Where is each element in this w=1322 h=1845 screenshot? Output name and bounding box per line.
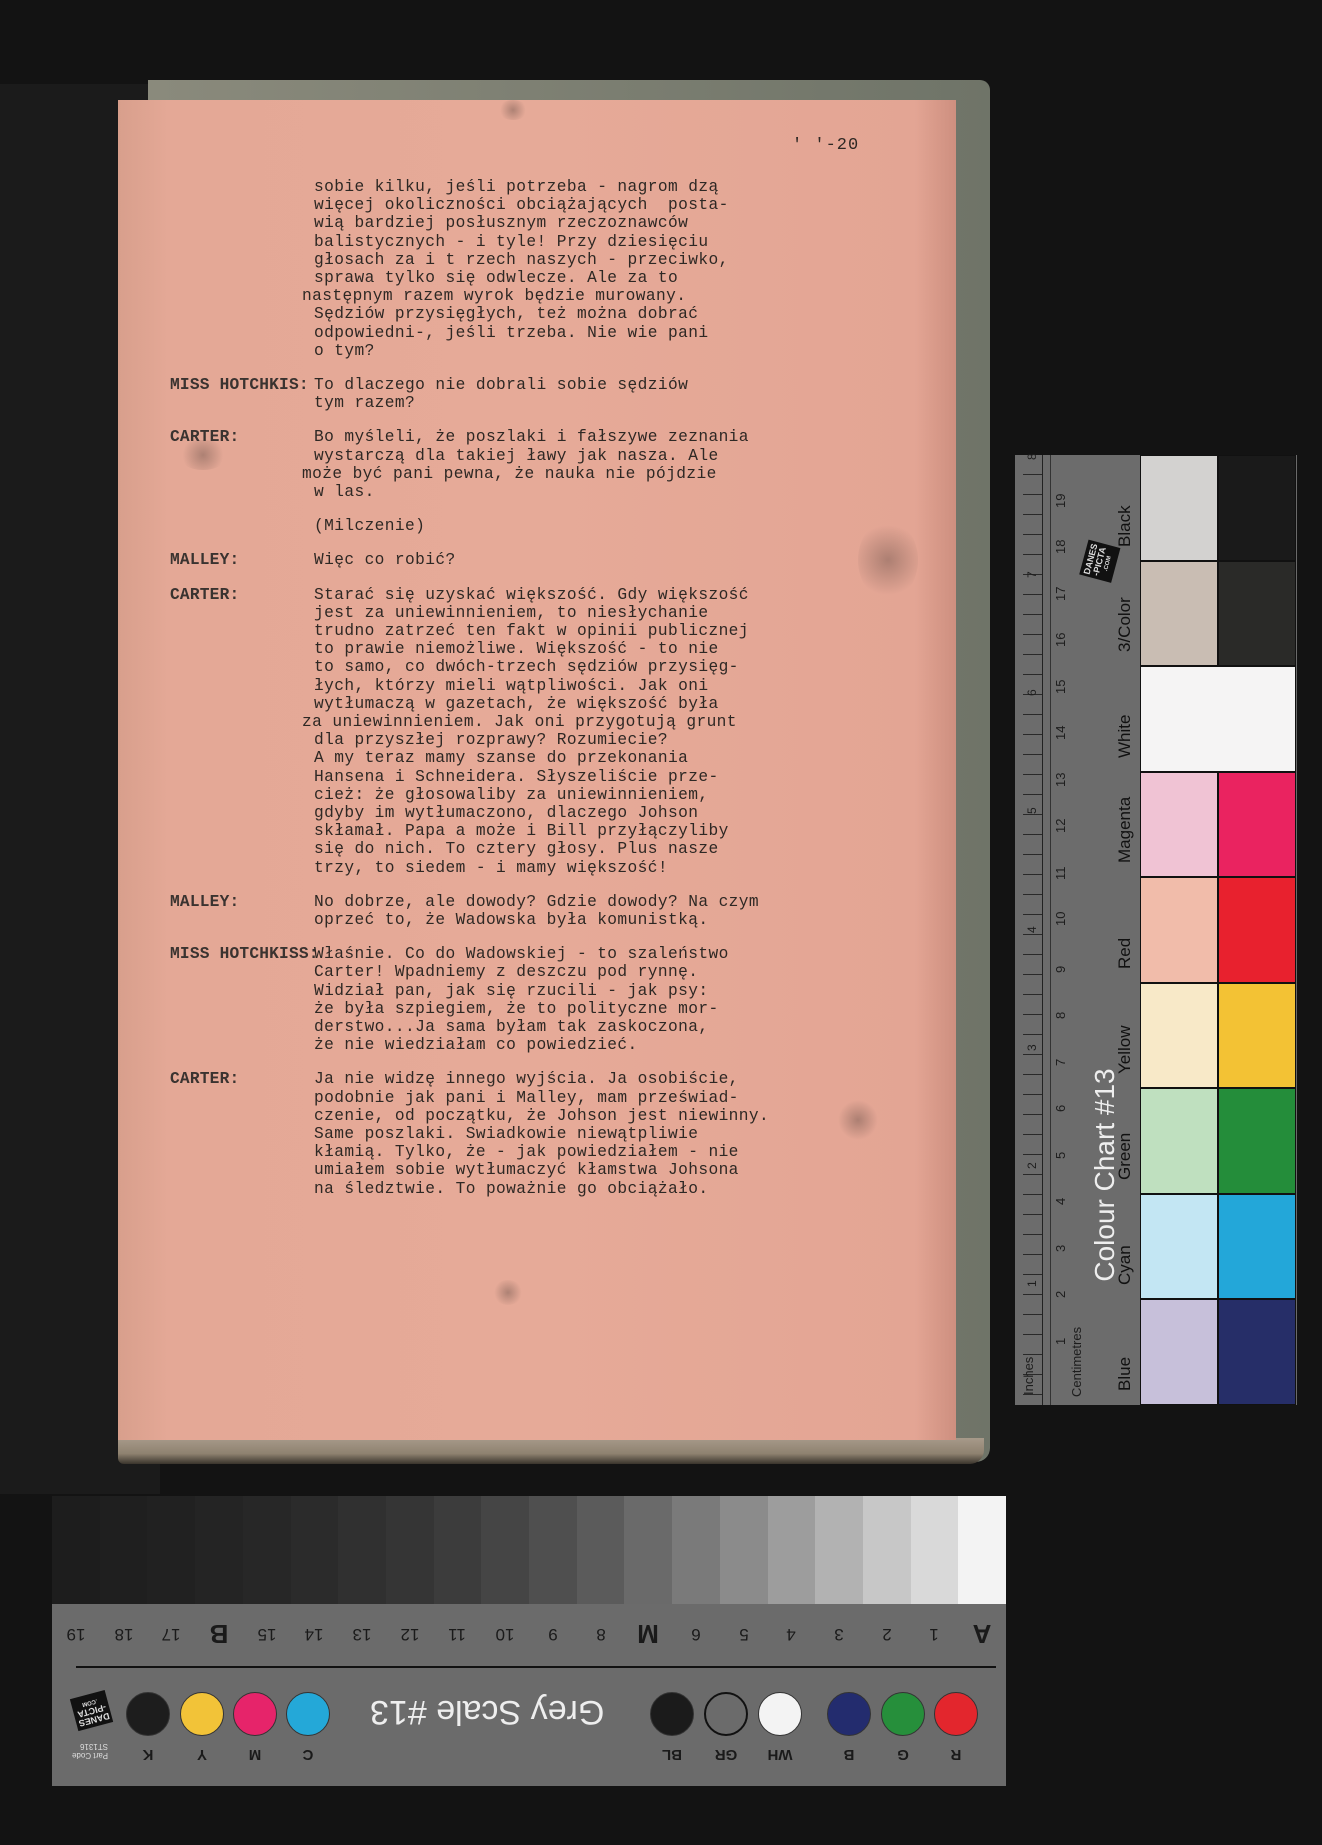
speaker-name: MALLEY:: [170, 893, 239, 911]
color-dot-label: C: [293, 1746, 323, 1763]
inch-mark: 7: [1025, 572, 1039, 579]
grey-step: [291, 1496, 339, 1604]
text-line: więcej okoliczności obciążających posta-: [314, 196, 729, 214]
dialogue-line: Więc co robić?: [314, 551, 456, 569]
dialogue-line: że była szpiegiem, że to polityczne mor-: [314, 1000, 719, 1018]
ink-smudge: [178, 440, 228, 470]
inch-mark: 5: [1025, 808, 1039, 815]
grey-step: [100, 1496, 148, 1604]
ink-smudge: [493, 1280, 523, 1305]
grey-step-label: 3: [824, 1624, 854, 1644]
swatch-label: Green: [1115, 1132, 1135, 1179]
speaker-name: CARTER:: [170, 1070, 239, 1088]
cm-mark: 19: [1053, 493, 1068, 507]
centimetres-label: Centimetres: [1069, 1327, 1084, 1397]
grey-step: [147, 1496, 195, 1604]
cm-mark: 9: [1053, 965, 1068, 972]
text-line: sobie kilku, jeśli potrzeba - nagrom dzą: [314, 178, 719, 196]
grey-step-label: 18: [109, 1624, 139, 1644]
swatch-white: [1140, 666, 1296, 772]
swatch-black-dark: [1218, 455, 1296, 561]
grey-step: [386, 1496, 434, 1604]
color-dot-y: [180, 1692, 224, 1736]
color-dot-m: [233, 1692, 277, 1736]
grey-step: [911, 1496, 959, 1604]
swatch-3-color-light: [1140, 561, 1218, 667]
text-line: o tym?: [314, 342, 375, 360]
dialogue-line: Widział pan, jak się rzucili - jak psy:: [314, 982, 708, 1000]
cm-mark: 4: [1053, 1198, 1068, 1205]
grey-step: [863, 1496, 911, 1604]
grey-step-label: 15: [252, 1624, 282, 1644]
grey-step: [52, 1496, 100, 1604]
grey-step: [624, 1496, 672, 1604]
swatch-black-light: [1140, 455, 1218, 561]
dialogue-line: Bo myśleli, że poszlaki i fałszywe zezna…: [314, 428, 749, 446]
text-line: głosach za i t rzech naszych - przeciwko…: [314, 251, 729, 269]
color-dot-label: K: [133, 1746, 163, 1763]
grey-step-label: 5: [729, 1624, 759, 1644]
cm-mark: 3: [1053, 1244, 1068, 1251]
dialogue-line: A my teraz mamy szanse do przekonania: [314, 749, 688, 767]
color-dot-g: [881, 1692, 925, 1736]
swatch-label: Red: [1115, 937, 1135, 968]
cm-mark: 12: [1053, 819, 1068, 833]
text-line: sprawa tylko się odwlecze. Ale za to: [314, 269, 678, 287]
cm-mark: 14: [1053, 726, 1068, 740]
dialogue-line: w las.: [314, 483, 375, 501]
stage-direction: (Milczenie): [314, 517, 425, 535]
grey-step-label: A: [967, 1618, 997, 1649]
dialogue-line: To dlaczego nie dobrali sobie sędziów: [314, 376, 688, 394]
ink-smudge: [838, 1100, 878, 1140]
grey-step-label: B: [204, 1618, 234, 1649]
cm-mark: 16: [1053, 633, 1068, 647]
dialogue-line: oprzeć to, że Wadowska była komunistką.: [314, 911, 708, 929]
dialogue-line: wytłumaczą w gazetach, że większość była: [314, 695, 719, 713]
text-line: odpowiedni-, jeśli trzeba. Nie wie pani: [314, 324, 708, 342]
dialogue-line: tym razem?: [314, 394, 415, 412]
swatch-label: Yellow: [1115, 1025, 1135, 1074]
cm-mark: 8: [1053, 1012, 1068, 1019]
swatch-red-dark: [1218, 877, 1296, 983]
grey-step-label: M: [633, 1618, 663, 1649]
dialogue-line: czenie, od początku, że Johson jest niew…: [314, 1107, 769, 1125]
cm-mark: 7: [1053, 1058, 1068, 1065]
grey-step-label: 13: [347, 1624, 377, 1644]
dialogue-line: to prawie niemożliwe. Większość - to nie: [314, 640, 719, 658]
text-line: balistycznych - i tyle! Przy dziesięciu: [314, 233, 708, 251]
color-dot-k: [126, 1692, 170, 1736]
grey-step: [529, 1496, 577, 1604]
dialogue-line: Same poszlaki. Swiadkowie niewątpliwie: [314, 1125, 698, 1143]
inch-mark: 6: [1025, 690, 1039, 697]
cm-mark: 5: [1053, 1151, 1068, 1158]
text-line: Sędziów przysięgłych, też można dobrać: [314, 305, 698, 323]
color-dot-b: [827, 1692, 871, 1736]
grey-scale-card: A123456M89101112131415B171819 Grey Scale…: [52, 1496, 1006, 1786]
dialogue-line: Carter! Wpadniemy z deszczu pod rynnę.: [314, 963, 698, 981]
inch-mark: 1: [1025, 1280, 1039, 1287]
swatch-green-light: [1140, 1088, 1218, 1194]
dialogue-line: Starać się uzyskać większość. Gdy większ…: [314, 586, 749, 604]
swatch-yellow-light: [1140, 983, 1218, 1089]
grey-step: [720, 1496, 768, 1604]
grey-step: [768, 1496, 816, 1604]
dialogue-line: skłamał. Papa a może i Bill przyłączylib…: [314, 822, 729, 840]
text-line: następnym razem wyrok będzie murowany.: [302, 287, 686, 305]
dialogue-line: gdyby im wytłumaczono, dlaczego Johson: [314, 804, 698, 822]
swatch-label: Magenta: [1115, 797, 1135, 863]
grey-step: [243, 1496, 291, 1604]
swatch-blue-light: [1140, 1299, 1218, 1405]
dialogue-line: trudno zatrzeć ten fakt w opinii publicz…: [314, 622, 749, 640]
cm-mark: 1: [1053, 1337, 1068, 1344]
swatch-cyan-light: [1140, 1194, 1218, 1300]
swatch-magenta-light: [1140, 772, 1218, 878]
dialogue-line: może być pani pewna, że nauka nie pójdzi…: [302, 465, 717, 483]
inch-mark: 8: [1025, 453, 1039, 460]
inch-mark: 3: [1025, 1044, 1039, 1051]
swatch-magenta-dark: [1218, 772, 1296, 878]
cm-mark: 13: [1053, 772, 1068, 786]
color-dot-label: R: [941, 1746, 971, 1763]
color-dot-bl: [650, 1692, 694, 1736]
grey-step-label: 12: [395, 1624, 425, 1644]
dialogue-line: Właśnie. Co do Wadowskiej - to szaleństw…: [314, 945, 729, 963]
swatch-label: 3/Color: [1115, 597, 1135, 652]
grey-step-label: 9: [538, 1624, 568, 1644]
swatch-label: Black: [1115, 505, 1135, 547]
grey-step-label: 17: [156, 1624, 186, 1644]
inch-mark: 2: [1025, 1162, 1039, 1169]
grey-step-label: 14: [299, 1624, 329, 1644]
grey-step: [434, 1496, 482, 1604]
grey-scale-strip: [52, 1496, 1006, 1604]
grey-step-label: 2: [872, 1624, 902, 1644]
dialogue-line: to samo, co dwóch-trzech sędziów przysię…: [314, 658, 739, 676]
grey-step-label: 1: [919, 1624, 949, 1644]
swatch-blue-dark: [1218, 1299, 1296, 1405]
color-dot-label: BL: [657, 1746, 687, 1763]
dialogue-line: łych, którzy mieli wątpliwości. Jak oni: [314, 677, 708, 695]
dialogue-line: kłamią. Tylko, że - jak powiedziałem - n…: [314, 1143, 739, 1161]
page-stack-bottom-edge: [118, 1438, 984, 1464]
swatch-label: White: [1115, 714, 1135, 757]
color-dot-wh: [758, 1692, 802, 1736]
swatch-label: Cyan: [1115, 1245, 1135, 1285]
cm-mark: 18: [1053, 540, 1068, 554]
dialogue-line: trzy, to siedem - i mamy większość!: [314, 859, 668, 877]
dialogue-line: umiałem sobie wytłumaczyć kłamstwa Johso…: [314, 1161, 739, 1179]
dialogue-line: że nie wiedziałam co powiedzieć.: [314, 1036, 638, 1054]
grey-step: [481, 1496, 529, 1604]
color-dot-label: G: [888, 1746, 918, 1763]
cm-mark: 10: [1053, 912, 1068, 926]
color-dot-label: Y: [187, 1746, 217, 1763]
grey-step-label: 4: [776, 1624, 806, 1644]
swatch-3-color-dark: [1218, 561, 1296, 667]
cm-mark: 15: [1053, 679, 1068, 693]
grey-scale-title: Grey Scale #13: [370, 1692, 604, 1731]
grey-step: [577, 1496, 625, 1604]
swatch-yellow-dark: [1218, 983, 1296, 1089]
cm-mark: 2: [1053, 1291, 1068, 1298]
swatch-red-light: [1140, 877, 1218, 983]
swatch-cyan-dark: [1218, 1194, 1296, 1300]
inches-label: Inches: [1021, 1357, 1036, 1395]
ink-smudge: [498, 100, 528, 120]
speaker-name: MISS HOTCHKIS:: [170, 376, 309, 394]
color-dot-label: B: [834, 1746, 864, 1763]
dialogue-line: dla przyszłej rozprawy? Rozumiecie?: [314, 731, 668, 749]
page-number: ' '-20: [792, 136, 859, 155]
dialogue-line: derstwo...Ja sama byłam tak zaskoczona,: [314, 1018, 708, 1036]
color-dot-label: M: [240, 1746, 270, 1763]
color-dot-gr: [704, 1692, 748, 1736]
grey-step-label: 6: [681, 1624, 711, 1644]
ink-smudge: [858, 520, 918, 600]
grey-step: [958, 1496, 1006, 1604]
color-dot-r: [934, 1692, 978, 1736]
grey-step: [815, 1496, 863, 1604]
cm-mark: 6: [1053, 1105, 1068, 1112]
grey-step-label: 10: [490, 1624, 520, 1644]
cm-mark: 17: [1053, 586, 1068, 600]
swatch-green-dark: [1218, 1088, 1296, 1194]
text-line: wią bardziej posłusznym rzeczoznawców: [314, 214, 688, 232]
grey-step: [195, 1496, 243, 1604]
grey-step: [338, 1496, 386, 1604]
dialogue-line: podobnie jak pani i Malley, mam prześwia…: [314, 1089, 739, 1107]
color-dot-c: [286, 1692, 330, 1736]
grey-step-label: 8: [586, 1624, 616, 1644]
speaker-name: MISS HOTCHKISS:: [170, 945, 319, 963]
color-dot-label: WH: [765, 1746, 795, 1763]
dialogue-line: jest za uniewinnieniem, to niesłychanie: [314, 604, 708, 622]
dialogue-line: No dobrze, ale dowody? Gdzie dowody? Na …: [314, 893, 759, 911]
part-code: Part Code ST1316: [72, 1742, 108, 1760]
dialogue-line: Ja nie widzę innego wyjścia. Ja osobiści…: [314, 1070, 739, 1088]
dialogue-line: wystarczą dla takiej ławy jak nasza. Ale: [314, 447, 719, 465]
color-dot-label: GR: [711, 1746, 741, 1763]
grey-step-label: 11: [442, 1624, 472, 1644]
typewritten-page: ' '-20 sobie kilku, jeśli potrzeba - nag…: [118, 100, 956, 1440]
speaker-name: MALLEY:: [170, 551, 239, 569]
speaker-name: CARTER:: [170, 586, 239, 604]
dialogue-line: na śledztwie. To poważnie go obciążało.: [314, 1180, 708, 1198]
inch-mark: 4: [1025, 926, 1039, 933]
swatch-label: Blue: [1115, 1356, 1135, 1390]
grey-step: [672, 1496, 720, 1604]
dialogue-line: Hansena i Schneidera. Słyszeliście prze-: [314, 768, 719, 786]
colour-chart: 1234567891011121314151617181912345678 In…: [1015, 455, 1297, 1405]
cm-mark: 11: [1053, 866, 1068, 880]
dialogue-line: za uniewinnieniem. Jak oni przygotują gr…: [302, 713, 737, 731]
grey-step-label: 19: [61, 1624, 91, 1644]
danes-picta-logo: DANES -PICTA .COM: [70, 1690, 113, 1731]
dialogue-line: się do nich. To cztery głosy. Plus nasze: [314, 840, 719, 858]
dialogue-line: cież: że głosowaliby za uniewinnieniem,: [314, 786, 708, 804]
